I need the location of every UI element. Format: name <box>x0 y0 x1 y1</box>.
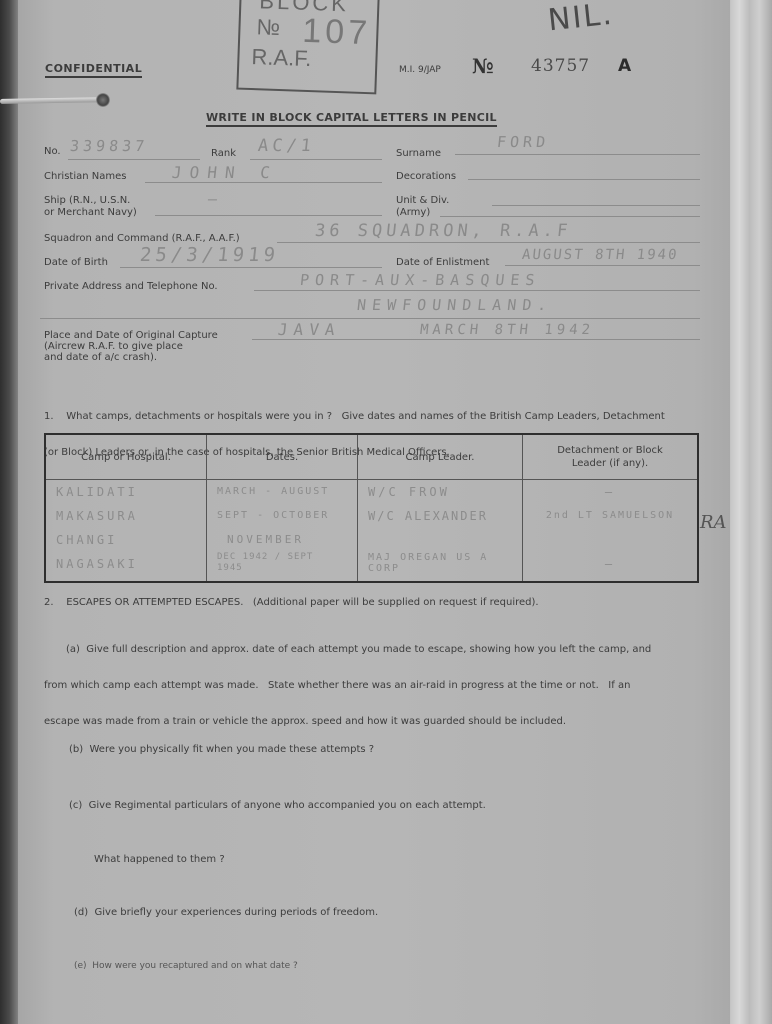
ship-label: Ship (R.N., U.S.N. or Merchant Navy) <box>44 195 137 219</box>
section1-question-line1: 1. What camps, detachments or hospitals … <box>44 411 665 423</box>
margin-note-ra: RA <box>700 512 727 533</box>
dates-cell[interactable]: MARCH - AUGUST <box>207 480 357 504</box>
camp-column: KALIDATI MAKASURA CHANGI NAGASAKI <box>45 480 207 583</box>
ship-label-line1: Ship (R.N., U.S.N. <box>44 195 137 207</box>
eyelet-icon <box>96 93 110 107</box>
section2-question-b: (b) Were you physically fit when you mad… <box>69 744 374 755</box>
stamp-number-symbol: № <box>256 14 281 41</box>
dates-column: MARCH - AUGUST SEPT - OCTOBER NOVEMBER D… <box>207 480 358 583</box>
capture-label-line1: Place and Date of Original Capture <box>44 330 218 341</box>
date-of-enlistment-label: Date of Enlistment <box>396 257 489 268</box>
rank-value[interactable]: AC/1 <box>257 136 316 156</box>
capture-date-value[interactable]: MARCH 8TH 1942 <box>419 322 595 338</box>
decorations-label: Decorations <box>396 171 456 182</box>
dates-cell[interactable]: NOVEMBER <box>207 528 357 552</box>
christian-names-value[interactable]: JOHN C <box>171 163 279 182</box>
question-a-line3: escape was made from a train or vehicle … <box>44 716 651 728</box>
camp-cell[interactable]: CHANGI <box>46 528 206 552</box>
camp-leader-cell[interactable]: W/C ALEXANDER <box>358 504 522 528</box>
surname-value[interactable]: FORD <box>496 133 550 151</box>
header-camp: Camp or Hospital. <box>45 434 207 480</box>
capture-place-value[interactable]: JAVA <box>277 320 342 339</box>
capture-label-line3: and date of a/c crash). <box>44 352 218 363</box>
reference-label: M.I. 9/JAP <box>399 65 441 75</box>
date-of-birth-label: Date of Birth <box>44 257 108 268</box>
question-a-line2: from which camp each attempt was made. S… <box>44 680 651 692</box>
block-leader-cell[interactable]: — <box>523 552 697 576</box>
section2-question-c: (c) Give Regimental particulars of anyon… <box>69 800 486 811</box>
no-label: No. <box>44 146 61 157</box>
date-of-enlistment-value[interactable]: AUGUST 8TH 1940 <box>521 247 679 263</box>
surname-label: Surname <box>396 148 441 159</box>
block-stamp: BLOCK № 107 R.A.F. <box>236 0 379 94</box>
camp-cell[interactable]: MAKASURA <box>46 504 206 528</box>
number-symbol: № <box>472 54 494 78</box>
camps-table: Camp or Hospital. Dates. Camp Leader. De… <box>44 433 699 583</box>
header-block-leader: Detachment or Block Leader (if any). <box>523 434 699 480</box>
no-value[interactable]: 339837 <box>69 137 149 155</box>
stamp-number-handwritten: 107 <box>302 12 372 53</box>
stamp-line-raf: R.A.F. <box>251 44 312 72</box>
ship-value[interactable]: — <box>207 190 222 208</box>
camps-table-header: Camp or Hospital. Dates. Camp Leader. De… <box>45 434 698 480</box>
camp-leader-column: W/C FROW W/C ALEXANDER MAJ OREGAN US A C… <box>358 480 523 583</box>
date-of-birth-value[interactable]: 25/3/1919 <box>139 244 280 266</box>
squadron-label: Squadron and Command (R.A.F., A.A.F.) <box>44 233 240 244</box>
section2-question-a: (a) Give full description and approx. da… <box>44 620 651 740</box>
unit-div-label-line1: Unit & Div. <box>396 195 449 207</box>
camp-leader-cell[interactable] <box>358 528 522 552</box>
section2-question-c-followup: What happened to them ? <box>94 854 225 865</box>
question-a-line1: (a) Give full description and approx. da… <box>44 644 651 656</box>
section2-question-e: (e) How were you recaptured and on what … <box>74 961 298 971</box>
section2-title: 2. ESCAPES OR ATTEMPTED ESCAPES. (Additi… <box>44 597 539 608</box>
ship-label-line2: or Merchant Navy) <box>44 207 137 219</box>
address-line1-value[interactable]: PORT-AUX-BASQUES <box>299 271 541 289</box>
header-camp-leader: Camp Leader. <box>358 434 523 480</box>
capture-label-line2: (Aircrew R.A.F. to give place <box>44 341 218 352</box>
block-leader-cell[interactable] <box>523 528 697 552</box>
classification-label: CONFIDENTIAL <box>45 62 142 78</box>
header-dates: Dates. <box>207 434 358 480</box>
capture-label: Place and Date of Original Capture (Airc… <box>44 330 218 363</box>
block-leader-cell[interactable]: — <box>523 480 697 504</box>
camp-cell[interactable]: NAGASAKI <box>46 552 206 576</box>
dates-cell[interactable]: SEPT - OCTOBER <box>207 504 357 528</box>
camp-cell[interactable]: KALIDATI <box>46 480 206 504</box>
camp-leader-cell[interactable]: MAJ OREGAN US A CORP <box>358 552 498 576</box>
dates-cell[interactable]: DEC 1942 / SEPT 1945 <box>207 552 327 576</box>
block-leader-column: — 2nd LT SAMUELSON — <box>523 480 699 583</box>
address-line2-value[interactable]: NEWFOUNDLAND. <box>356 296 553 314</box>
document-number: 43757 <box>531 56 590 76</box>
christian-names-label: Christian Names <box>44 171 126 182</box>
instruction-heading: WRITE IN BLOCK CAPITAL LETTERS IN PENCIL <box>206 111 497 127</box>
camp-leader-cell[interactable]: W/C FROW <box>358 480 522 504</box>
unit-div-label-line2: (Army) <box>396 207 449 219</box>
block-leader-cell[interactable]: 2nd LT SAMUELSON <box>523 504 697 528</box>
document-number-suffix: A <box>618 56 631 76</box>
private-address-label: Private Address and Telephone No. <box>44 281 218 292</box>
rank-label: Rank <box>211 148 236 159</box>
section2-question-d: (d) Give briefly your experiences during… <box>74 907 378 918</box>
squadron-value[interactable]: 36 SQUADRON, R.A.F <box>314 221 572 241</box>
